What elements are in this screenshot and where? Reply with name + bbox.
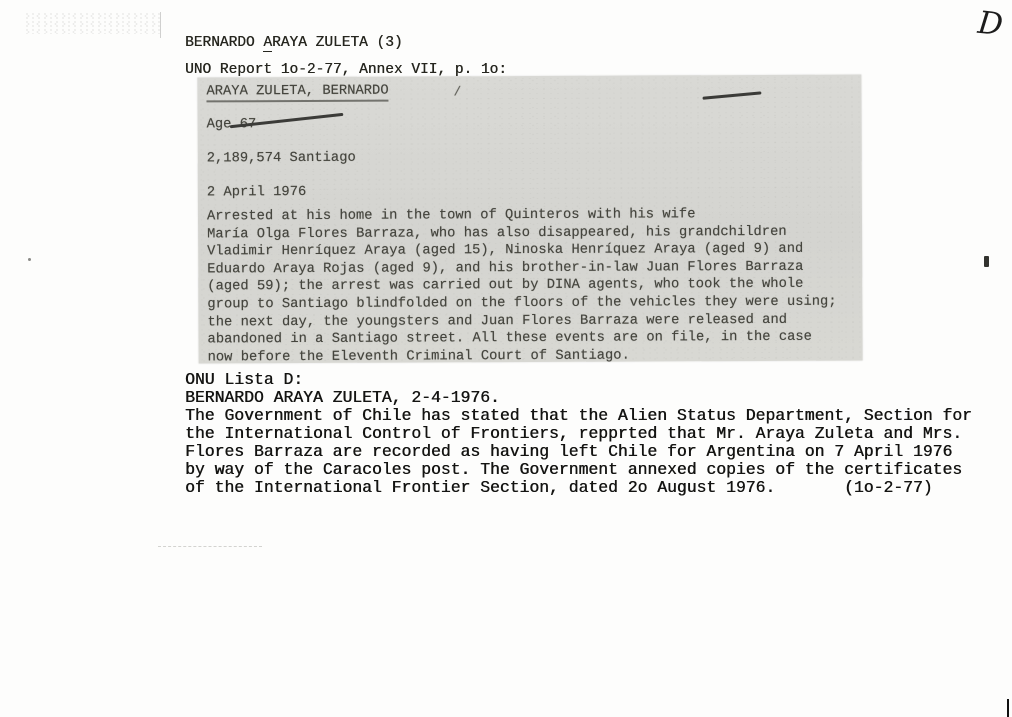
title-prefix: BERNARDO — [185, 35, 263, 51]
document-title-line: BERNARDO ARAYA ZULETA (3) — [185, 30, 507, 57]
ink-speck — [28, 258, 31, 261]
document-page: D BERNARDO ARAYA ZULETA (3) UNO Report 1… — [0, 0, 1012, 717]
pencil-smudge-mark — [24, 12, 162, 34]
scan-edge-tick — [1007, 699, 1009, 717]
onu-body-line: by way of the Caracoles post. The Govern… — [185, 461, 972, 479]
onu-body-line: Flores Barraza are recorded as having le… — [185, 443, 972, 461]
title-suffix: RAYA ZULETA (3) — [272, 35, 403, 51]
clipping-body-line: now before the Eleventh Criminal Court o… — [208, 346, 837, 366]
clipping-name-heading: ARAYA ZULETA, BERNARDO — [206, 84, 388, 103]
clipping-body-line: abandoned in a Santiago street. All thes… — [207, 329, 836, 349]
onu-section: ONU Lista D: BERNARDO ARAYA ZULETA, 2-4-… — [185, 371, 972, 497]
pencil-tick-mark — [160, 12, 161, 38]
title-underlined-letter: A — [263, 35, 272, 52]
clipping-slash-speck: / — [453, 84, 461, 99]
clipping-body: Arrested at his home in the town of Quin… — [207, 206, 837, 367]
onu-name-line: BERNARDO ARAYA ZULETA, 2-4-1976. — [185, 389, 972, 407]
ink-blot — [984, 256, 989, 267]
faint-dash-mark — [158, 546, 262, 547]
onu-body-line: the International Control of Frontiers, … — [185, 425, 972, 443]
handwritten-letter-d: D — [976, 5, 1004, 43]
onu-body-line: of the International Frontier Section, d… — [185, 479, 972, 497]
clipping-id-line: 2,189,574 Santiago — [207, 151, 356, 167]
clipping-date-line: 2 April 1976 — [207, 185, 306, 200]
onu-list-line: ONU Lista D: — [185, 371, 972, 389]
pen-stroke-mark — [702, 91, 761, 99]
clipping-body-line: group to Santiago blindfolded on the flo… — [207, 294, 836, 314]
scanned-clipping: ARAYA ZULETA, BERNARDO / Age 67 2,189,57… — [197, 75, 862, 364]
onu-body-line: The Government of Chile has stated that … — [185, 407, 972, 425]
